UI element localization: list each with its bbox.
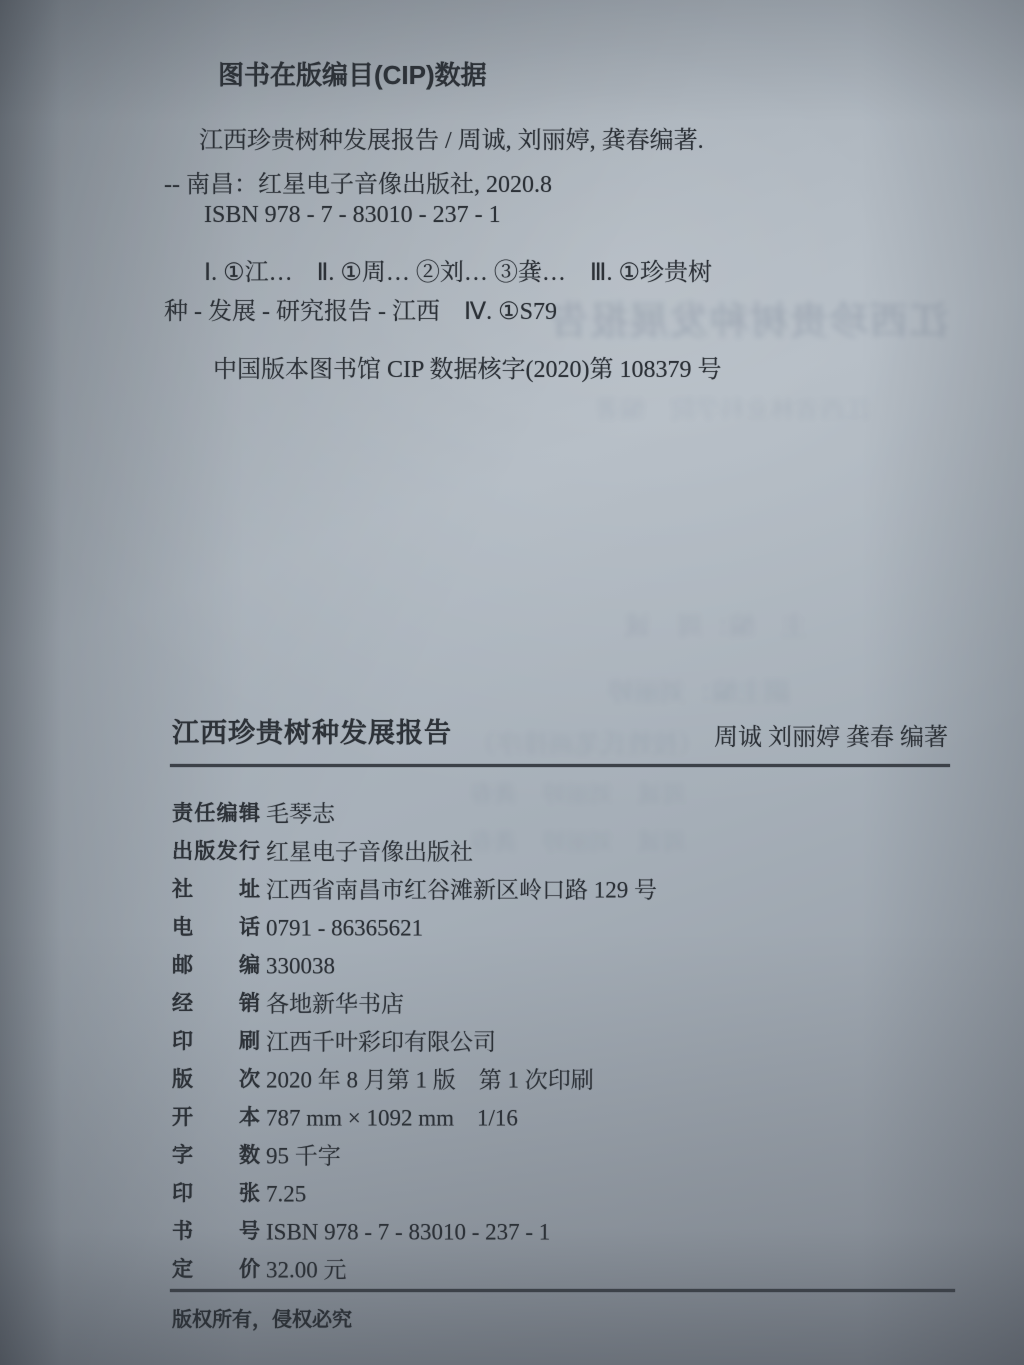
colophon-row: 字数95 千字 — [172, 1137, 657, 1175]
colophon-label: 开本 — [172, 1099, 260, 1137]
bleed-through-line: 江西省林业科学院 编著 — [595, 390, 870, 426]
colophon-row: 电话0791 - 86365621 — [172, 909, 657, 947]
colophon-row: 版次2020 年 8 月第 1 版 第 1 次印刷 — [172, 1061, 657, 1099]
colophon-value: 江西千叶彩印有限公司 — [266, 1029, 496, 1054]
colophon-label: 印张 — [172, 1175, 260, 1213]
colophon-value: 2020 年 8 月第 1 版 第 1 次印刷 — [266, 1067, 594, 1092]
copyright-notice: 版权所有，侵权必究 — [172, 1303, 352, 1332]
divider-rule-bottom — [170, 1289, 955, 1292]
book-authors: 周诚 刘丽婷 龚春 编著 — [714, 717, 948, 752]
divider-rule-top — [170, 764, 950, 767]
colophon-value: 95 千字 — [266, 1143, 341, 1168]
cip-isbn-line: ISBN 978 - 7 - 83010 - 237 - 1 — [204, 202, 501, 229]
colophon-row: 邮编330038 — [172, 947, 657, 985]
colophon-label: 社址 — [172, 871, 260, 909]
colophon-row: 定价32.00 元 — [172, 1251, 657, 1289]
colophon-row: 经销各地新华书店 — [172, 985, 657, 1023]
bleed-through-line: 副主编：刘丽婷 — [608, 672, 790, 709]
colophon-value: 0791 - 86365621 — [266, 915, 423, 940]
colophon-row: 印刷江西千叶彩印有限公司 — [172, 1023, 657, 1061]
colophon-value: ISBN 978 - 7 - 83010 - 237 - 1 — [266, 1219, 550, 1244]
colophon-table: 责任编辑毛琴志 出版发行红星电子音像出版社 社址江西省南昌市红谷滩新区岭口路 1… — [172, 795, 657, 1289]
colophon-value: 红星电子音像出版社 — [266, 839, 473, 864]
colophon-row: 社址江西省南昌市红谷滩新区岭口路 129 号 — [172, 871, 657, 909]
colophon-label: 电话 — [172, 909, 260, 947]
colophon-row: 责任编辑毛琴志 — [172, 795, 657, 833]
colophon-row: 出版发行红星电子音像出版社 — [172, 833, 657, 871]
colophon-row: 开本787 mm × 1092 mm 1/16 — [172, 1099, 657, 1137]
cip-publisher-line: -- 南昌：红星电子音像出版社, 2020.8 — [164, 164, 552, 199]
cip-classification-line-1: Ⅰ. ①江… Ⅱ. ①周… ②刘… ③龚… Ⅲ. ①珍贵树 — [204, 252, 712, 287]
colophon-label: 经销 — [172, 985, 260, 1023]
colophon-label: 印刷 — [172, 1023, 260, 1061]
colophon-value: 各地新华书店 — [266, 991, 404, 1016]
scanned-copyright-page: 江西珍贵树种发展报告 江西省林业科学院 编著 主 编：周 诚 副主编：刘丽婷 （… — [0, 0, 1024, 1365]
colophon-row: 印张7.25 — [172, 1175, 657, 1213]
colophon-label: 邮编 — [172, 947, 260, 985]
colophon-label: 书号 — [172, 1213, 260, 1251]
colophon-value: 江西省南昌市红谷滩新区岭口路 129 号 — [266, 877, 657, 902]
colophon-value: 毛琴志 — [266, 801, 335, 826]
book-title: 江西珍贵树种发展报告 — [172, 711, 452, 750]
colophon-value: 7.25 — [266, 1181, 306, 1206]
cip-header: 图书在版编目(CIP)数据 — [218, 55, 487, 92]
cip-title-line: 江西珍贵树种发展报告 / 周诚, 刘丽婷, 龚春编著. — [199, 120, 704, 155]
colophon-label: 字数 — [172, 1137, 260, 1175]
colophon-row: 书号ISBN 978 - 7 - 83010 - 237 - 1 — [172, 1213, 657, 1251]
cip-classification-line-2: 种 - 发展 - 研究报告 - 江西 Ⅳ. ①S79 — [164, 291, 557, 326]
colophon-label: 版次 — [172, 1061, 260, 1099]
colophon-value: 32.00 元 — [266, 1257, 347, 1282]
cip-record-number: 中国版本图书馆 CIP 数据核字(2020)第 108379 号 — [213, 349, 721, 384]
colophon-label: 责任编辑 — [172, 795, 260, 833]
colophon-label: 出版发行 — [172, 833, 260, 871]
colophon-label: 定价 — [172, 1251, 260, 1289]
bleed-through-line: 主 编：周 诚 — [625, 606, 807, 643]
bleed-through-title: 江西珍贵树种发展报告 — [548, 290, 948, 345]
bleed-through-line: （按姓氏笔画排序） — [470, 724, 704, 761]
colophon-value: 787 mm × 1092 mm 1/16 — [266, 1105, 518, 1130]
colophon-value: 330038 — [266, 953, 335, 978]
